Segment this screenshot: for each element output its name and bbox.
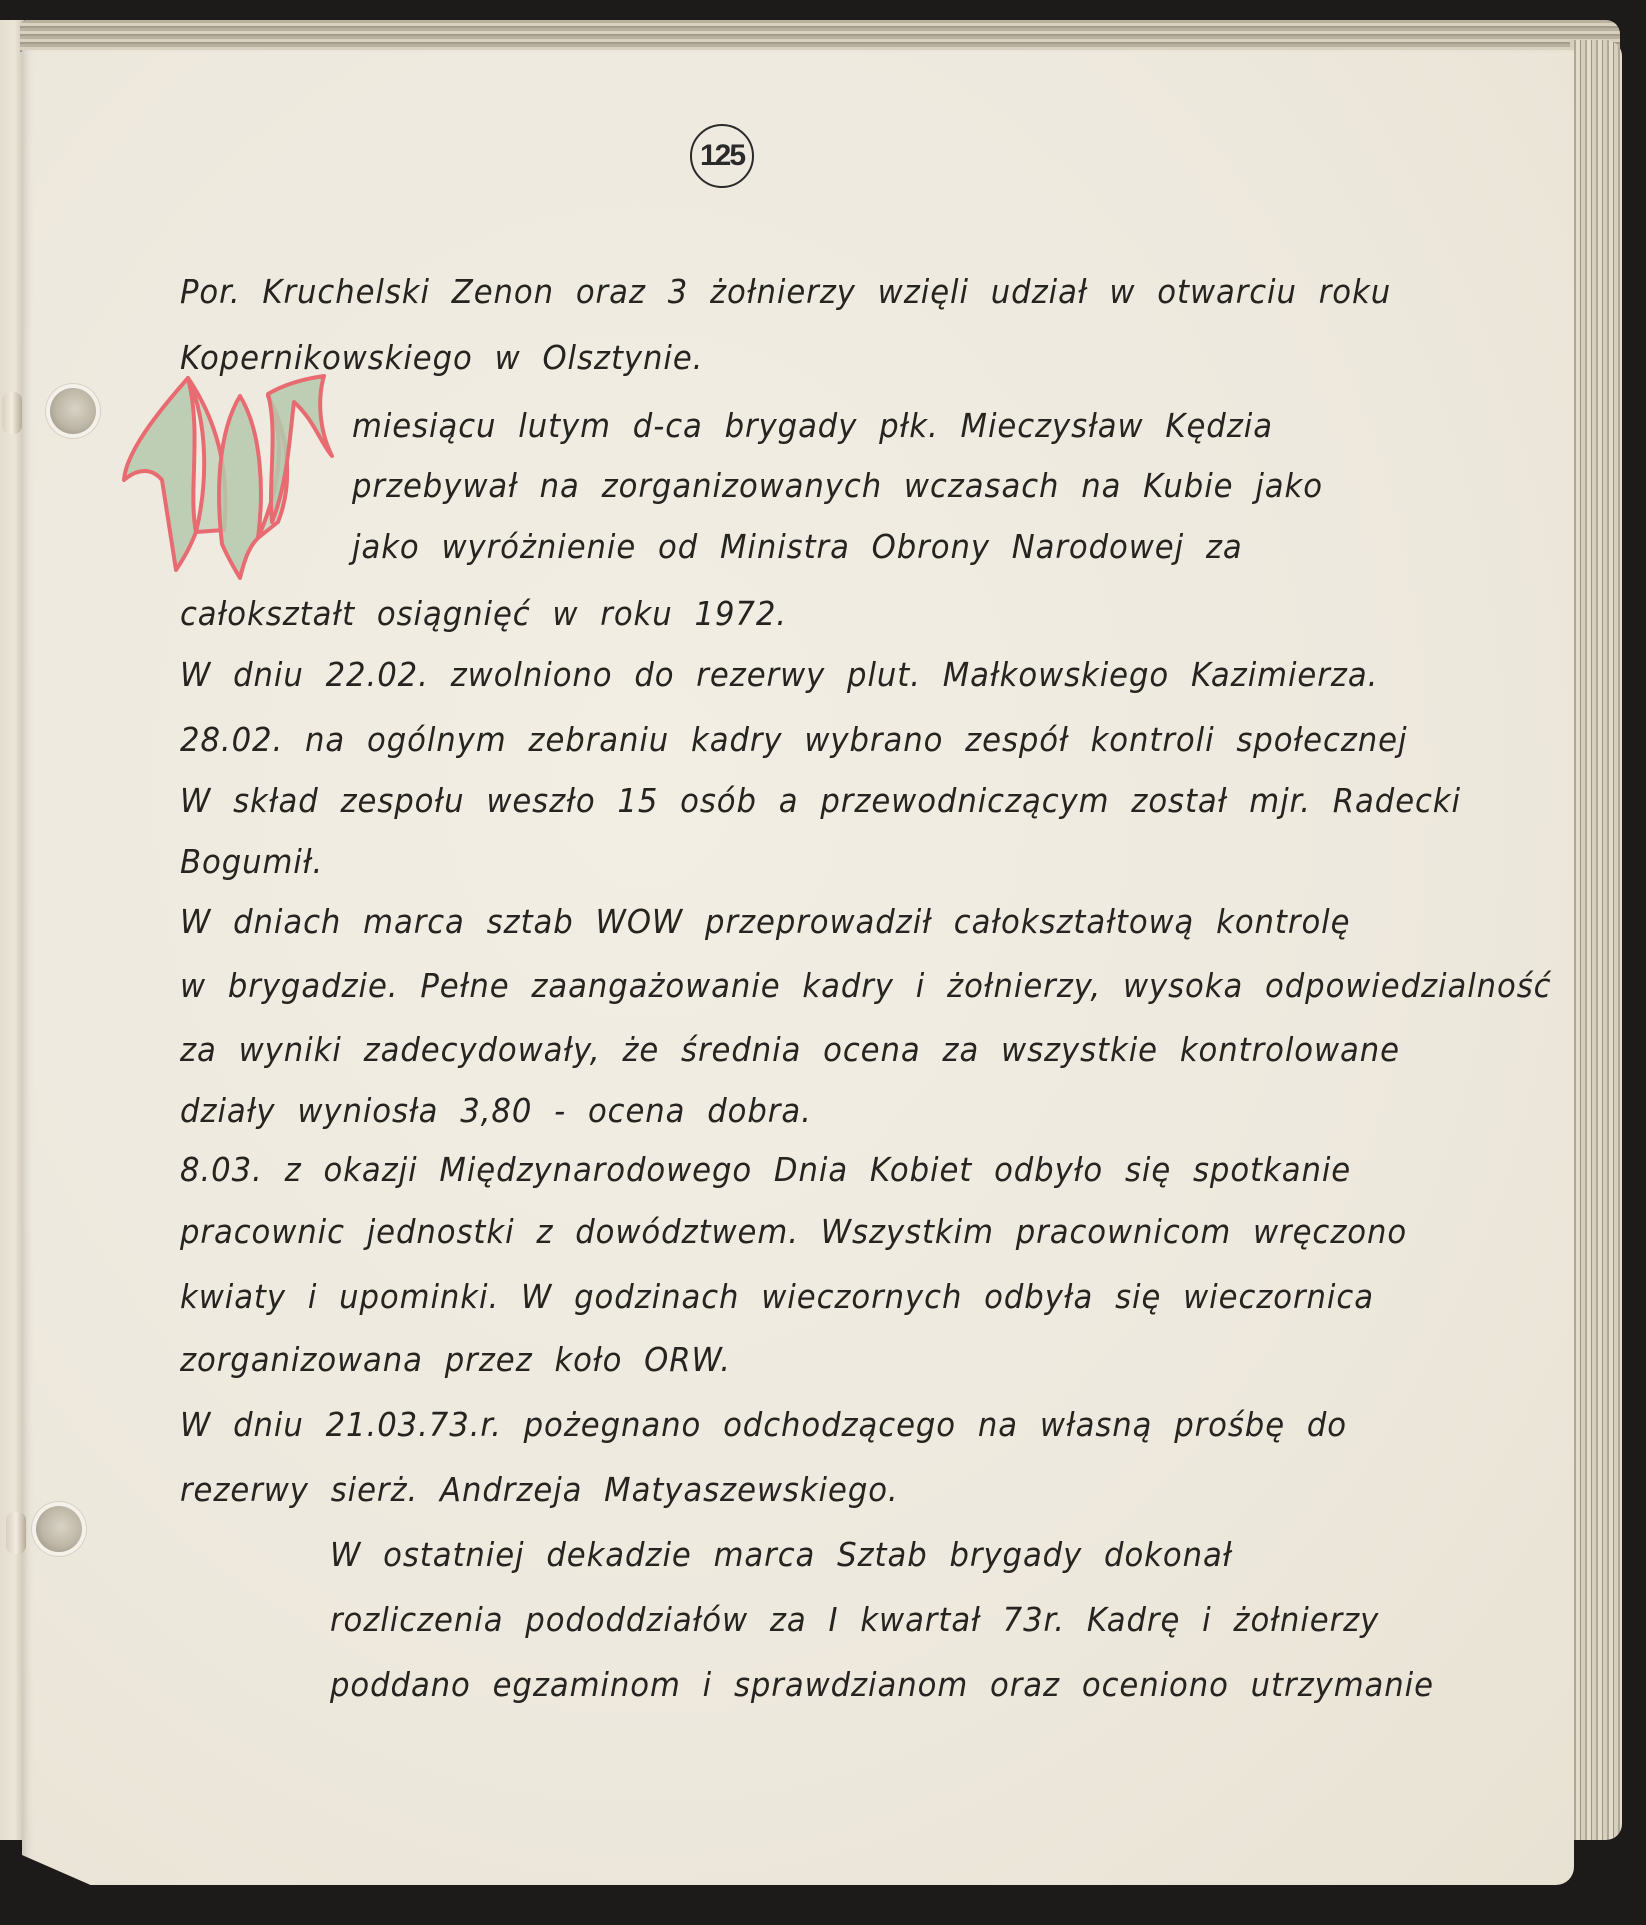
text-line: Bogumił.: [180, 842, 323, 881]
decorative-initial-w-icon: [118, 372, 348, 587]
text-line: 8.03. z okazji Międzynarodowego Dnia Kob…: [180, 1150, 1351, 1189]
text-line: za wyniki zadecydowały, że średnia ocena…: [180, 1030, 1400, 1069]
text-line: zorganizowana przez koło ORW.: [180, 1340, 731, 1379]
page-stack-top-edge: [20, 20, 1620, 52]
text-line: całokształt osiągnięć w roku 1972.: [180, 594, 787, 633]
text-line: kwiaty i upominki. W godzinach wieczorny…: [180, 1277, 1374, 1316]
text-line: jako wyróżnienie od Ministra Obrony Naro…: [352, 527, 1243, 566]
text-line: Por. Kruchelski Zenon oraz 3 żołnierzy w…: [180, 272, 1391, 311]
text-line: Kopernikowskiego w Olsztynie.: [180, 338, 703, 377]
text-line: w brygadzie. Pełne zaangażowanie kadry i…: [180, 966, 1551, 1005]
page-stack-right-edge: [1570, 40, 1622, 1840]
page-number-badge: 125: [690, 124, 754, 188]
punch-hole-top-icon: [50, 388, 96, 434]
binding-ring-bottom: [6, 1512, 26, 1554]
text-line: W skład zespołu weszło 15 osób a przewod…: [180, 781, 1461, 820]
text-line: 28.02. na ogólnym zebraniu kadry wybrano…: [180, 720, 1407, 759]
binding-ring-top: [2, 392, 22, 434]
binding-strip: [0, 20, 24, 1840]
text-line: W dniu 21.03.73.r. pożegnano odchodząceg…: [180, 1405, 1347, 1444]
punch-hole-bottom-icon: [36, 1506, 82, 1552]
text-line: pracownic jednostki z dowództwem. Wszyst…: [180, 1212, 1407, 1251]
text-line: W dniach marca sztab WOW przeprowadził c…: [180, 902, 1350, 941]
text-line: przebywał na zorganizowanych wczasach na…: [352, 466, 1323, 505]
text-line: W ostatniej dekadzie marca Sztab brygady…: [330, 1535, 1232, 1574]
text-line: rozliczenia pododdziałów za I kwartał 73…: [330, 1600, 1379, 1639]
text-line: W dniu 22.02. zwolniono do rezerwy plut.…: [180, 655, 1378, 694]
text-line: działy wyniosła 3,80 - ocena dobra.: [180, 1091, 812, 1130]
text-line: poddano egzaminom i sprawdzianom oraz oc…: [330, 1665, 1434, 1704]
page-corner-curl: [22, 1855, 182, 1925]
text-line: rezerwy sierż. Andrzeja Matyaszewskiego.: [180, 1470, 899, 1509]
text-line: miesiącu lutym d-ca brygady płk. Mieczys…: [352, 406, 1273, 445]
